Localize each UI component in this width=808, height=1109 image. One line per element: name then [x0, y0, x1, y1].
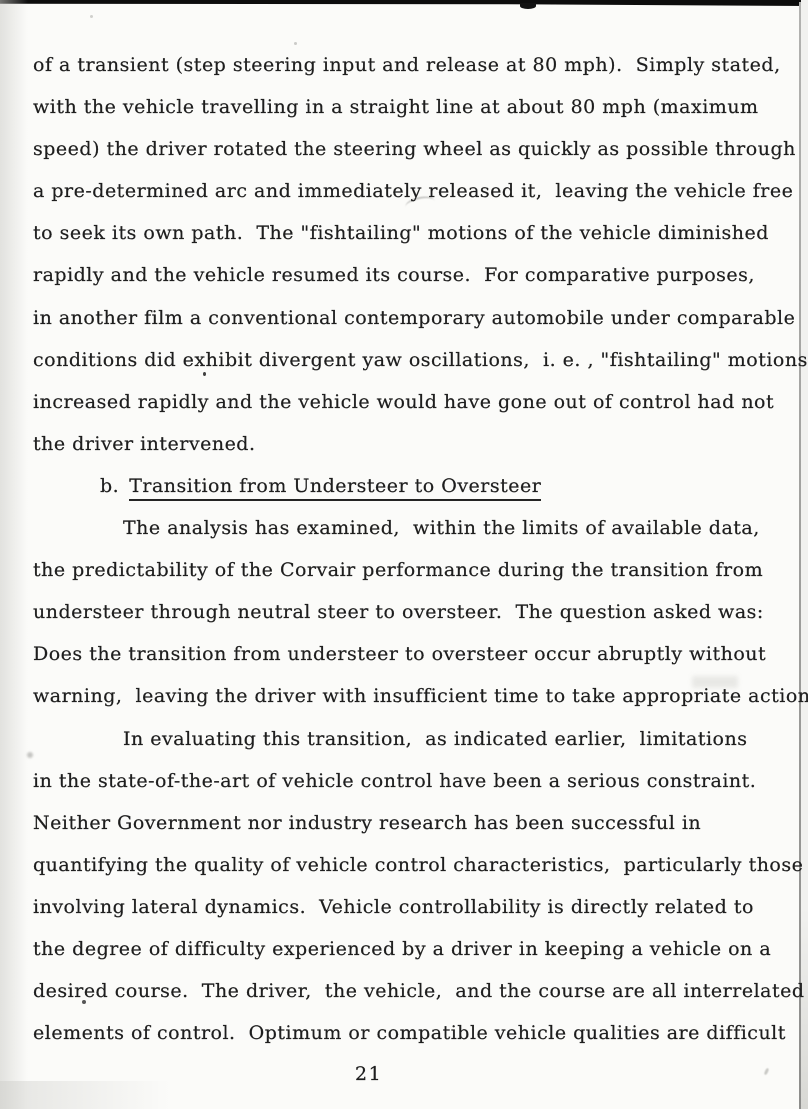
text-line: in another film a conventional contempor… [33, 297, 803, 339]
text-line: the predictability of the Corvair perfor… [33, 549, 803, 591]
heading-prefix: b. [100, 475, 119, 497]
text-line: The analysis has examined, within the li… [33, 507, 803, 549]
scan-edge-top [0, 0, 808, 6]
text-line: quantifying the quality of vehicle contr… [33, 844, 803, 886]
text-line: in the state-of-the-art of vehicle contr… [33, 760, 803, 802]
text-line: Neither Government nor industry research… [33, 802, 803, 844]
text-line: speed) the driver rotated the steering w… [33, 128, 803, 170]
scan-edge-top-bump [520, 3, 536, 9]
scan-corner-shadow [0, 1081, 170, 1109]
text-line: understeer through neutral steer to over… [33, 591, 803, 633]
text-line: conditions did exhibit divergent yaw osc… [33, 339, 803, 381]
page-number: 21 [355, 1062, 382, 1086]
text-line: involving lateral dynamics. Vehicle cont… [33, 886, 803, 928]
text-line: In evaluating this transition, as indica… [33, 718, 803, 760]
text-line: desired course. The driver, the vehicle,… [33, 970, 803, 1012]
text-line: warning, leaving the driver with insuffi… [33, 675, 803, 717]
text-line: to seek its own path. The "fishtailing" … [33, 212, 803, 254]
document-lines: of a transient (step steering input and … [33, 44, 803, 1054]
text-line: with the vehicle travelling in a straigh… [33, 86, 803, 128]
text-line: Does the transition from understeer to o… [33, 633, 803, 675]
scan-speck [764, 1068, 770, 1076]
section-heading: b.Transition from Understeer to Overstee… [33, 465, 803, 507]
text-line: the degree of difficulty experienced by … [33, 928, 803, 970]
text-line: elements of control. Optimum or compatib… [33, 1012, 803, 1054]
heading-title: Transition from Understeer to Oversteer [129, 475, 541, 501]
scan-speck [90, 15, 93, 18]
text-line: the driver intervened. [33, 423, 803, 465]
text-line: rapidly and the vehicle resumed its cour… [33, 254, 803, 296]
text-line: a pre-determined arc and immediately rel… [33, 170, 803, 212]
scan-edge-left-shadow [0, 0, 28, 1109]
scanned-document-page: of a transient (step steering input and … [0, 0, 808, 1109]
text-line: increased rapidly and the vehicle would … [33, 381, 803, 423]
text-line: of a transient (step steering input and … [33, 44, 803, 86]
